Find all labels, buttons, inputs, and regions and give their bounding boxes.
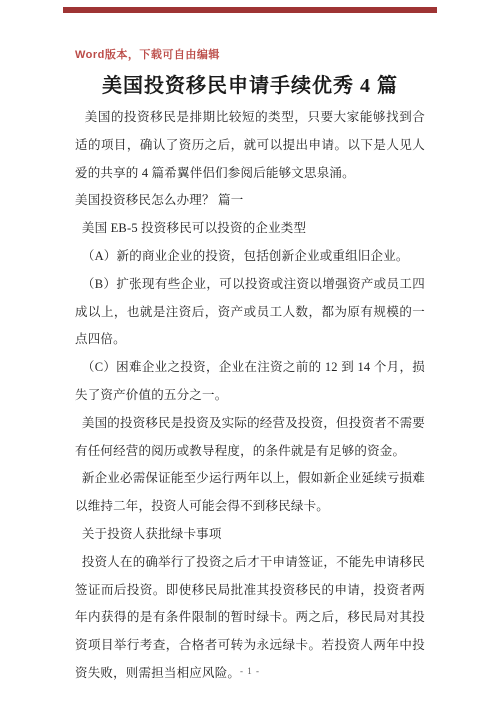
paragraph: （C）困难企业之投资，企业在注资之前的 12 到 14 个月，损失了资产价值的五… — [75, 354, 425, 410]
word-version-note: Word版本，下载可自由编辑 — [75, 46, 220, 62]
document-body: 美国的投资移民是排期比较短的类型，只要大家能够找到合适的项目，确认了资历之后，就… — [75, 104, 425, 688]
paragraph: （B）扩张现有些企业，可以投资或注资以增强资产或员工四成以上，也就是注资后，资产… — [75, 271, 425, 354]
document-title: 美国投资移民申请手续优秀 4 篇 — [75, 71, 425, 101]
paragraph: 美国的投资移民是排期比较短的类型，只要大家能够找到合适的项目，确认了资历之后，就… — [75, 104, 425, 187]
paragraph: 新企业必需保证能至少运行两年以上，假如新企业延续亏损难以维持二年，投资人可能会得… — [75, 465, 425, 521]
paragraph: （A）新的商业企业的投资，包括创新企业或重组旧企业。 — [75, 243, 425, 271]
paragraph: 关于投资人获批绿卡事项 — [75, 521, 425, 549]
page-number: - 1 - — [0, 666, 500, 676]
paragraph: 美国投资移民怎么办理？ 篇一 — [75, 187, 425, 215]
document-page: Word版本，下载可自由编辑 美国投资移民申请手续优秀 4 篇 美国的投资移民是… — [0, 0, 500, 707]
header-accent-bar — [63, 7, 437, 13]
paragraph: 美国 EB-5 投资移民可以投资的企业类型 — [75, 215, 425, 243]
paragraph: 美国的投资移民是投资及实际的经营及投资，但投资者不需要有任何经营的阅历或教导程度… — [75, 410, 425, 466]
